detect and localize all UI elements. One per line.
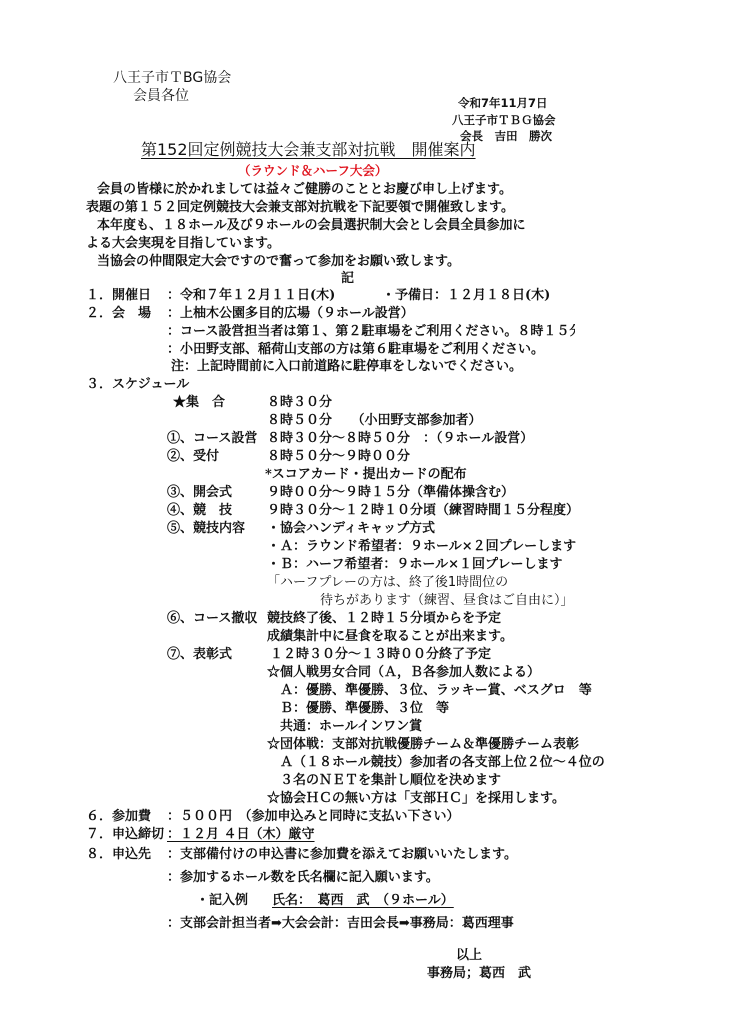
schedule-row-label: ⑥、コース撤収 <box>167 611 257 627</box>
schedule-row-label: ⑤、競技内容 <box>167 521 245 537</box>
schedule-row-value: ・Ａ：ラウンド希望者：９ホール×２回プレーします <box>267 539 576 555</box>
schedule-row-value: 待ちがあります（練習、昼食はご自由に）」 <box>320 593 574 609</box>
schedule-row-value: 成績集計中に昼食を取ることが出来ます。 <box>267 629 513 645</box>
schedule-row-value: ３名のＮＥＴを集計し順位を決めます <box>280 773 501 789</box>
schedule-row-label: ④、競 技 <box>167 503 232 519</box>
schedule-row-value: ☆協会ＨＣの無い方は「支部ＨＣ」を採用します。 <box>267 791 565 807</box>
schedule-row-label: ★集 合 <box>173 395 225 411</box>
schedule-row-value: １２時３０分～１３時００分終了予定 <box>270 647 491 663</box>
schedule-row-value: 「ハーフプレーの方は、終了後1時間位の <box>267 575 508 591</box>
deadline-value: ：１２月 ４日（木）厳守 <box>167 827 315 843</box>
schedule-row-label: ②、受付 <box>167 449 219 465</box>
org-name: 八王子市ＴBG協会 <box>113 70 231 86</box>
schedule-row-value: ☆団体戦：支部対抗戦優勝チーム＆準優勝チーム表彰 <box>267 737 579 753</box>
example-label: ・記入例 <box>196 893 248 909</box>
schedule-row-value: ８時３０分 <box>267 395 332 411</box>
schedule-row-value: *スコアカード・提出カードの配布 <box>265 467 467 483</box>
schedule-row-value: ９時００分～９時１５分（準備体操含む） <box>267 485 514 501</box>
venue-label: ２．会 場 <box>86 306 151 322</box>
fee-value: ：５００円 （参加申込みと同時に支払い下さい） <box>167 809 460 825</box>
date-value: ：令和７年１２月１１日(木) <box>167 288 335 304</box>
schedule-row-value: Ｂ：優勝、準優勝、３位 等 <box>280 701 449 717</box>
addressee: 会員各位 <box>133 88 189 104</box>
intro-line: 会員の皆様に於かれましては益々ご健勝のこととお慶び申し上げます。 <box>97 182 512 198</box>
schedule-row-value: ８時５０分 （小田野支部参加者） <box>267 413 482 429</box>
date-label: １．開催日 <box>86 288 151 304</box>
deadline-label: ７．申込締切 <box>86 827 164 843</box>
sender-org: 八王子市ＴＢＧ協会 <box>452 112 556 128</box>
intro-line: 当協会の仲間限定大会ですので奮って参加をお願い致します。 <box>97 254 460 270</box>
venue-caution: 注：上記時間前に入口前道路に駐停車をしないでください。 <box>171 359 522 375</box>
apply-line: ：参加するホール数を氏名欄に記入願います。 <box>167 870 439 886</box>
schedule-row-value: ・協会ハンディキャップ方式 <box>267 521 435 537</box>
page-title: 第152回定例競技大会兼支部対抗戦 開催案内 <box>141 142 476 158</box>
schedule-row-label: ①、コース設営 <box>167 431 257 447</box>
issue-date: 令和7年11月7日 <box>458 95 548 111</box>
venue-value: ：上柚木公園多目的広場（９ホール設営） <box>167 306 414 322</box>
intro-line: 表題の第１５２回定例競技大会兼支部対抗戦を下記要領で開催致します。 <box>86 200 514 216</box>
reserve-date: ・予備日：１２月１８日(木) <box>382 288 550 304</box>
schedule-row-value: Ａ（１８ホール競技）参加者の各支部上位２位～４位の <box>280 755 605 771</box>
apply-line: ：支部備付けの申込書に参加費を添えてお願いいたします。 <box>167 847 517 863</box>
venue-note: ：コース設営担当者は第１、第２駐車場をご利用ください。８時１５分開錠 <box>167 324 575 340</box>
schedule-row-value: ８時５０分～９時００分 <box>267 449 410 465</box>
schedule-label: ３．スケジュール <box>86 377 189 393</box>
schedule-row-value: Ａ：優勝、準優勝、３位、ラッキー賞、ベスグロ 等 <box>280 683 592 699</box>
example-value: 氏名： 葛西 武 （９ホール） <box>272 893 454 909</box>
schedule-row-value: ・Ｂ：ハーフ希望者：９ホール×１回プレーします <box>267 557 562 573</box>
subtitle: （ラウンド＆ハーフ大会） <box>238 163 387 179</box>
fee-label: ６．参加費 <box>86 809 151 825</box>
apply-label: ８．申込先 <box>86 847 151 863</box>
apply-flow: ：支部会計担当者➡大会会計：吉田会長➡事務局：葛西理事 <box>167 916 514 932</box>
ki-heading: 記 <box>341 271 354 287</box>
schedule-row-value: ☆個人戦男女合同（Ａ，Ｂ各参加人数による） <box>267 665 540 681</box>
schedule-row-value: 競技終了後、１２時１５分頃からを予定 <box>267 611 501 627</box>
office-signature: 事務局；葛西 武 <box>427 966 531 982</box>
closing-mark: 以上 <box>456 948 482 964</box>
intro-line: 本年度も、１８ホール及び９ホールの会員選択制大会とし会員全員参加に <box>97 218 525 234</box>
schedule-row-value: ９時３０分～１２時１０分頃（練習時間１５分程度） <box>267 503 579 519</box>
schedule-row-value: ８時３０分～８時５０分 ：（９ホール設営） <box>267 431 533 447</box>
venue-note: ：小田野支部、稲荷山支部の方は第６駐車場をご利用ください。 <box>167 342 544 358</box>
schedule-row-value: 共通：ホールインワン賞 <box>280 719 422 735</box>
intro-line: よる大会実現を目指しています。 <box>86 236 280 252</box>
schedule-row-label: ③、開会式 <box>167 485 232 501</box>
schedule-row-label: ⑦、表彰式 <box>167 647 232 663</box>
